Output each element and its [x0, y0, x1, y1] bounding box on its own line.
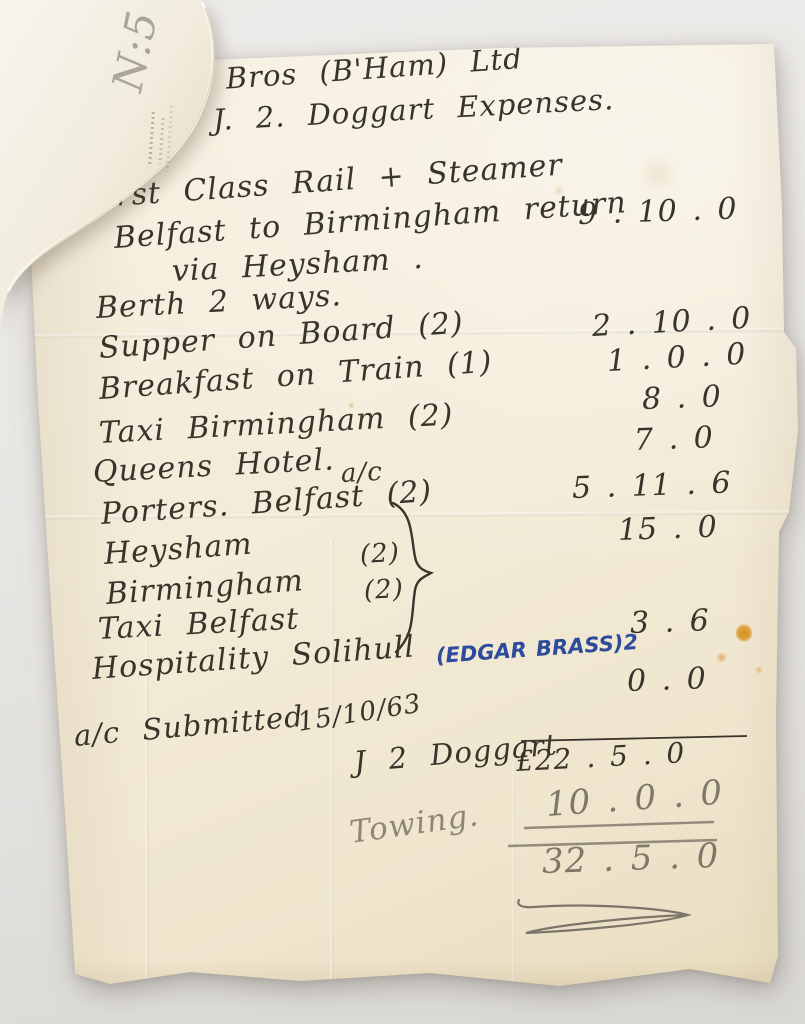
- item-desc-queens-hotel: Queens Hotel.: [92, 445, 335, 488]
- foxing-stain-small: [755, 666, 763, 674]
- fold-crease-vertical-2: [330, 540, 334, 988]
- amount-supper: 1 . 0 . 0: [606, 340, 747, 377]
- total-amount: 32 . 5 . 0: [541, 839, 719, 879]
- fold-crease-vertical-1: [145, 640, 149, 985]
- total-flourish: [518, 900, 688, 933]
- amount-breakfast: 8 . 0: [641, 382, 722, 415]
- submitted-date: 15/10/63: [296, 691, 423, 736]
- foxing-patch: [636, 158, 680, 190]
- amount-queens-hotel: 5 . 11 . 6: [571, 468, 732, 504]
- item-desc-porters-heysham: Heysham: [103, 530, 254, 570]
- towing-label: Towing.: [348, 800, 481, 849]
- expenses-subtitle: J. 2. Doggart Expenses.: [212, 85, 615, 135]
- blue-ink-annotation: (EDGAR BRASS)2: [435, 632, 638, 667]
- porters-heysham-qty: (2): [359, 540, 400, 568]
- foxing-stain-large: [736, 624, 752, 642]
- amount-taxi-birmingham: 7 . 0: [633, 423, 714, 456]
- amount-taxi-belfast: 3 . 6: [629, 606, 710, 639]
- item-desc-taxi-birmingham: Taxi Birmingham (2): [98, 400, 454, 449]
- foxing-stain-medium: [716, 652, 727, 663]
- fold-crease-vertical-3: [512, 760, 516, 985]
- porters-birmingham-qty: (2): [363, 576, 404, 604]
- photograph-of-expense-note: ans Bros (B'Ham) Ltd J. 2. Doggart Expen…: [0, 0, 805, 1024]
- account-submitted-label: a/c Submitted: [73, 702, 305, 751]
- amount-hospitality: 0 . 0: [626, 664, 707, 697]
- towing-amount: 10 . 0 . 0: [545, 776, 724, 822]
- paper-shading-right: [735, 40, 805, 990]
- amount-rail-steamer: 9 . 10 . 0: [577, 194, 738, 230]
- amount-porters: 15 . 0: [617, 513, 718, 546]
- subtotal-amount: £22 . 5 . 0: [515, 739, 686, 776]
- paper-shading-bottom: [60, 960, 795, 990]
- amount-berth: 2 . 10 . 0: [591, 304, 752, 342]
